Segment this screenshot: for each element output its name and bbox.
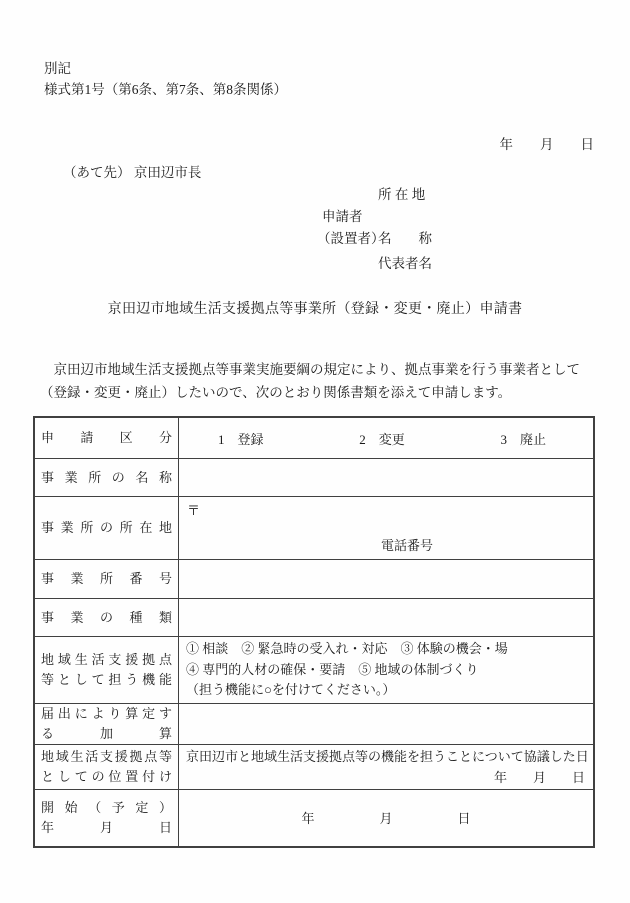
label-notified-additions: 届出により算定す る加算 (34, 703, 179, 744)
cell-notified-additions (179, 703, 595, 744)
label-office-address: 事業所の所在地 (34, 497, 179, 560)
label-start-date: 開始（予定） 年月日 (34, 789, 179, 847)
cell-office-number (179, 560, 595, 599)
function-options-line-2: ④ 専門的人材の確保・要請 ⑤ 地域の体制づくり (186, 660, 586, 681)
function-options-line-1: ① 相談 ② 緊急時の受入れ・対応 ③ 体験の機会・場 (186, 639, 586, 660)
body-paragraph-line-1: 京田辺市地域生活支援拠点等事業実施要綱の規定により、拠点事業を行う事業者として (40, 358, 580, 378)
cell-business-type (179, 599, 595, 637)
document-page: 別記 様式第1号（第6条、第7条、第8条関係） 年 月 日 （あて先） 京田辺市… (0, 0, 630, 903)
attachment-note: 別記 (44, 57, 71, 77)
document-title: 京田辺市地域生活支援拠点等事業所（登録・変更・廃止）申請書 (0, 298, 630, 318)
applicant-label: 申請者 (322, 205, 363, 225)
label-office-number: 事業所番号 (34, 560, 179, 599)
cell-start-date: 年 月 日 (179, 789, 595, 847)
label-business-type: 事業の種類 (34, 599, 179, 637)
addressee-line: （あて先） 京田辺市長 (63, 161, 201, 181)
row-support-functions: 地域生活支援拠点 等として担う機能 ① 相談 ② 緊急時の受入れ・対応 ③ 体験… (34, 637, 594, 704)
row-start-date: 開始（予定） 年月日 年 月 日 (34, 789, 594, 847)
function-note: （担う機能に○を付けてください。） (186, 680, 586, 701)
row-notified-additions: 届出により算定す る加算 (34, 703, 594, 744)
row-office-name: 事業所の名称 (34, 459, 594, 497)
row-office-address: 事業所の所在地 〒 電話番号 (34, 497, 594, 560)
row-office-number: 事業所番号 (34, 560, 594, 599)
phone-number-label: 電話番号 (381, 535, 433, 554)
label-application-category: 申請区分 (34, 417, 179, 459)
label-base-positioning: 地域生活支援拠点等 としての位置付け (34, 744, 179, 789)
option-register: 1 登録 (218, 429, 264, 448)
body-paragraph-line-2: （登録・変更・廃止）したいので、次のとおり関係書類を添えて申請します。 (40, 381, 511, 401)
label-office-name: 事業所の名称 (34, 459, 179, 497)
option-abolish: 3 廃止 (500, 429, 546, 448)
row-application-category: 申請区分 1 登録 2 変更 3 廃止 (34, 417, 594, 459)
form-number: 様式第1号（第6条、第7条、第8条関係） (44, 78, 287, 98)
cell-office-address: 〒 電話番号 (179, 497, 595, 560)
cell-base-positioning: 京田辺市と地域生活支援拠点等の機能を担うことについて協議した日 年 月 日 (179, 744, 595, 789)
cell-application-category: 1 登録 2 変更 3 廃止 (179, 417, 595, 459)
consultation-date-fields: 年 月 日 (186, 767, 591, 788)
postal-mark: 〒 (187, 500, 200, 519)
address-label: 所 在 地 (378, 183, 425, 203)
label-support-functions: 地域生活支援拠点 等として担う機能 (34, 637, 179, 704)
representative-label: 代表者名 (378, 252, 432, 272)
name-label: 名 称 (378, 227, 432, 247)
cell-office-name (179, 459, 595, 497)
row-base-positioning: 地域生活支援拠点等 としての位置付け 京田辺市と地域生活支援拠点等の機能を担うこ… (34, 744, 594, 789)
installer-label: （設置者） (317, 227, 385, 247)
consultation-date-text: 京田辺市と地域生活支援拠点等の機能を担うことについて協議した日 (186, 746, 591, 767)
option-change: 2 変更 (359, 429, 405, 448)
cell-support-functions: ① 相談 ② 緊急時の受入れ・対応 ③ 体験の機会・場 ④ 専門的人材の確保・要… (179, 637, 595, 704)
application-table: 申請区分 1 登録 2 変更 3 廃止 事業所の名称 事業所の所在地 〒 (33, 416, 595, 848)
header-date-line: 年 月 日 (500, 133, 595, 153)
row-business-type: 事業の種類 (34, 599, 594, 637)
